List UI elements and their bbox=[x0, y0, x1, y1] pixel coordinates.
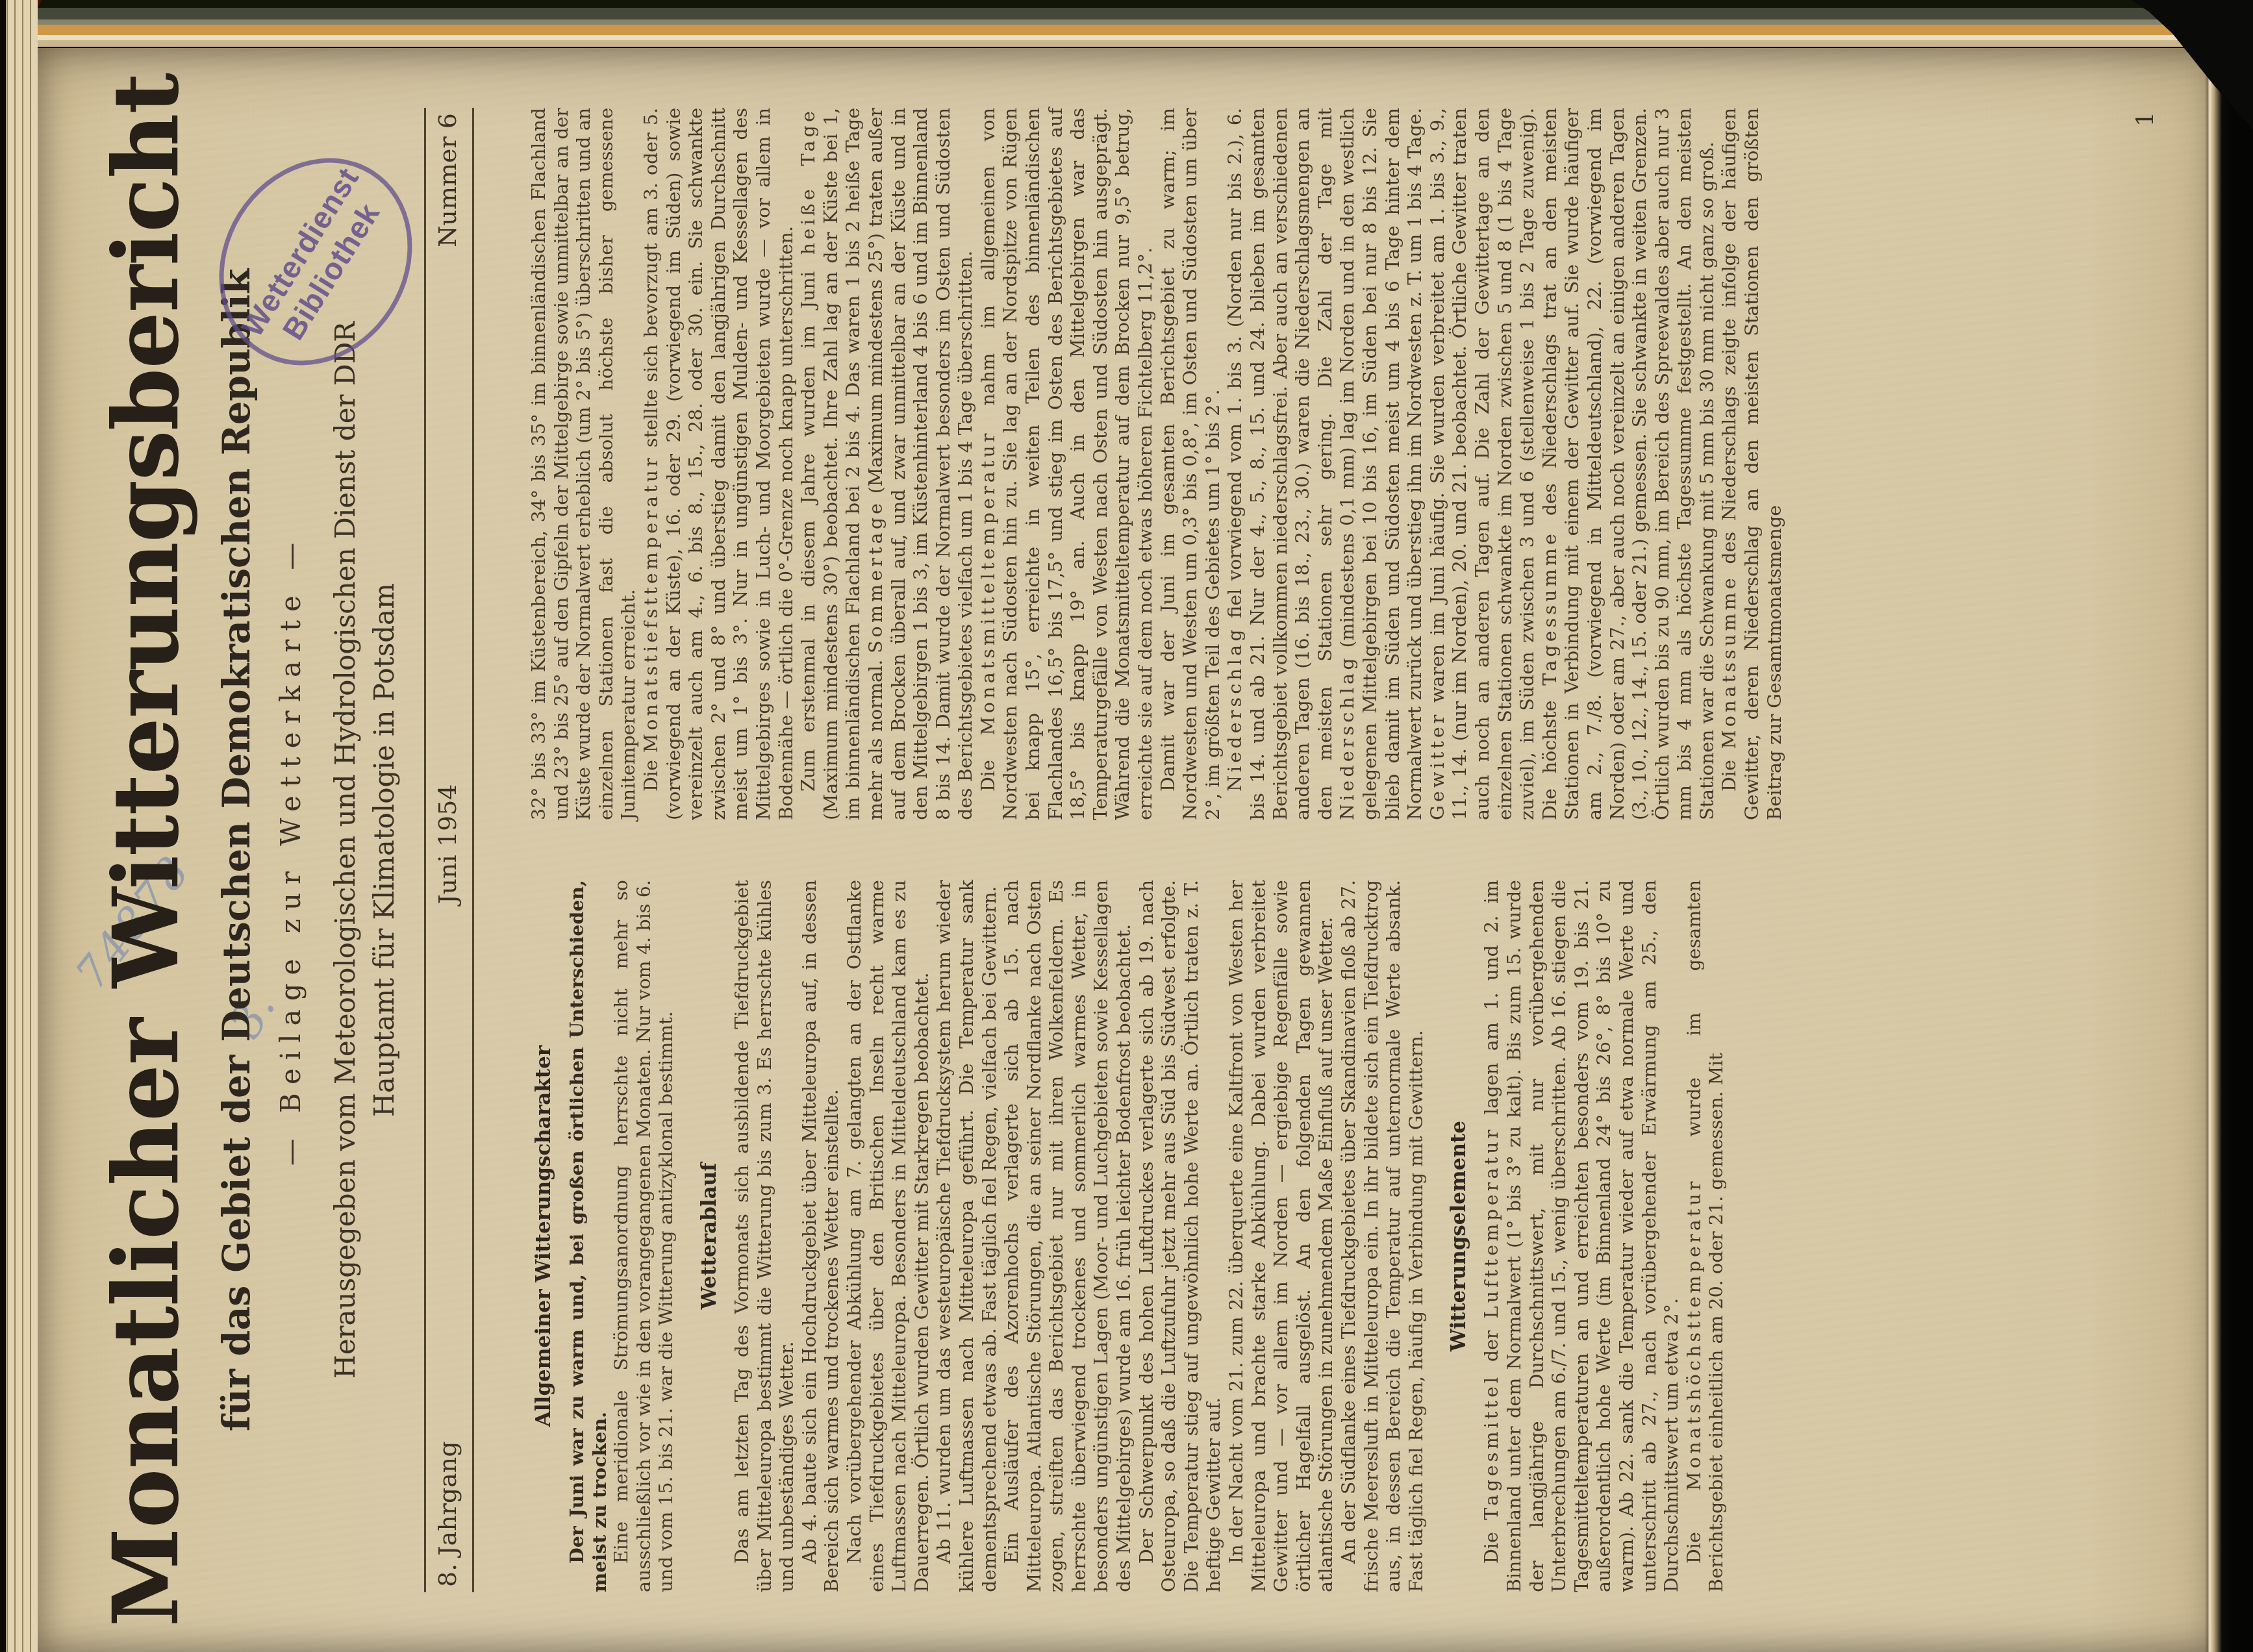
document-page: 3. 74878 Monatlicher Witterungsbericht f… bbox=[36, 48, 2221, 1652]
body-paragraph: Die Monatssumme des Niederschlags zeigte… bbox=[1718, 108, 1786, 820]
body-paragraph: In der Nacht vom 21. zum 22. überquerte … bbox=[1226, 880, 1338, 1592]
body-paragraph: Die Monatstiefsttemperatur stellte sich … bbox=[640, 108, 798, 820]
body-paragraph: Nach vorübergehender Abkühlung am 7. gel… bbox=[844, 880, 933, 1592]
body-paragraph: Ein Ausläufer des Azorenhochs verlagerte… bbox=[1001, 880, 1136, 1592]
background-right-edge bbox=[2205, 0, 2253, 1652]
header-rule-top bbox=[424, 108, 426, 1592]
body-paragraph: 32° bis 33° im Küstenbereich, 34° bis 35… bbox=[528, 108, 640, 820]
section-heading: Witterungselemente bbox=[1447, 880, 1470, 1592]
header-rule-bottom bbox=[472, 108, 474, 1592]
scanned-book-photo: 3. 74878 Monatlicher Witterungsbericht f… bbox=[0, 0, 2253, 1652]
page-number: 1 bbox=[2132, 112, 2159, 127]
body-paragraph: An der Südflanke eines Tiefdruckgebietes… bbox=[1338, 880, 1428, 1592]
body-paragraph: Zum erstenmal in diesem Jahre wurden im … bbox=[798, 108, 977, 820]
issue-info-row: 8. Jahrgang Juni 1954 Nummer 6 bbox=[433, 113, 462, 1587]
body-paragraph: Die Monatshöchsttemperatur wurde im gesa… bbox=[1683, 880, 1728, 1592]
book-top-page-edges bbox=[0, 0, 2253, 49]
column-left: Allgemeiner WitterungscharakterDer Juni … bbox=[528, 880, 1786, 1592]
column-right: 32° bis 33° im Küstenbereich, 34° bis 35… bbox=[528, 108, 1786, 820]
body-paragraph: Ab 4. baute sich ein Hochdruckgebiet übe… bbox=[799, 880, 844, 1592]
body-paragraph: Eine meridionale Strömungsanordnung herr… bbox=[610, 880, 678, 1592]
section-heading: Allgemeiner Witterungscharakter bbox=[532, 880, 555, 1592]
volume-label: 8. Jahrgang bbox=[433, 1441, 462, 1587]
body-paragraph: Der Juni war zu warm und, bei großen ört… bbox=[566, 880, 610, 1592]
body-paragraph: Niederschlag fiel vorwiegend vom 1. bis … bbox=[1224, 108, 1718, 820]
body-paragraph: Der Schwerpunkt des hohen Luftdruckes ve… bbox=[1136, 880, 1226, 1592]
book-left-page-edges bbox=[0, 0, 38, 1652]
body-columns: Allgemeiner WitterungscharakterDer Juni … bbox=[528, 108, 1786, 1592]
issue-number-label: Nummer 6 bbox=[433, 113, 462, 247]
body-paragraph: Ab 11. wurden um das westeuropäische Tie… bbox=[933, 880, 1001, 1592]
body-paragraph: Die Monatsmitteltemperatur nahm im allge… bbox=[977, 108, 1157, 820]
body-paragraph: Damit war der Juni im gesamten Berichtsg… bbox=[1157, 108, 1225, 820]
body-paragraph: Die Tagesmittel der Lufttemperatur lagen… bbox=[1481, 880, 1683, 1592]
body-paragraph: Das am letzten Tag des Vormonats sich au… bbox=[731, 880, 799, 1592]
page-title: Monatlicher Witterungsbericht bbox=[93, 48, 199, 1652]
rotated-page-wrapper: 3. 74878 Monatlicher Witterungsbericht f… bbox=[36, 48, 2221, 1652]
section-heading: Wetterablauf bbox=[698, 880, 721, 1592]
issue-date-label: Juni 1954 bbox=[433, 784, 462, 904]
